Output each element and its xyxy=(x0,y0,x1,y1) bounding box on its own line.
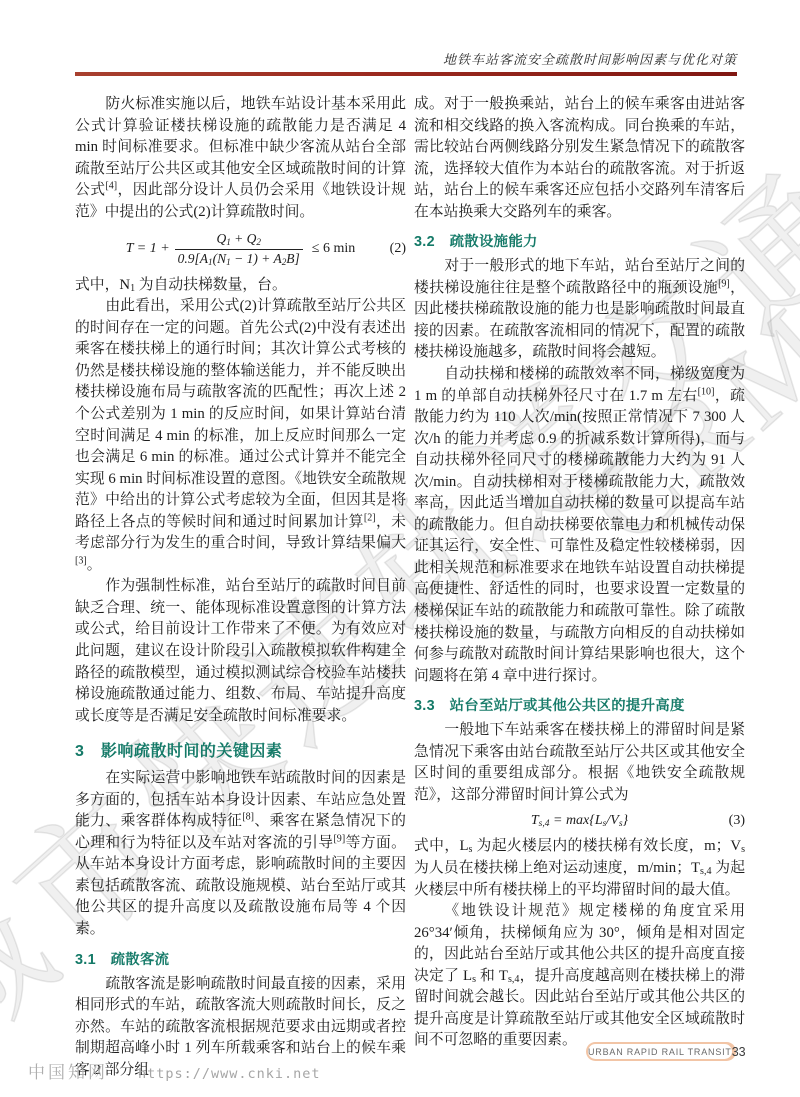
paragraph: 对于一般形式的地下车站，站台至站厅之间的楼扶梯设施往往是整个疏散路径中的瓶颈设施… xyxy=(414,256,745,364)
paragraph: 《地铁设计规范》规定楼梯的角度宜采用 26°34′倾角，扶梯倾角应为 30°，倾… xyxy=(414,901,745,1052)
section-3-1-heading: 3.1 疏散客流 xyxy=(75,948,406,969)
cnki-url-link[interactable]: https://www.cnki.net xyxy=(138,1066,321,1082)
section-3-3-heading: 3.3 站台至站厅或其他公共区的提升高度 xyxy=(414,694,745,715)
formula-2-legend: 式中，N1 为自动扶梯数量，台。 xyxy=(75,275,406,297)
paragraph: 自动扶梯和楼梯的疏散效率不同，梯级宽度为 1 m 的单部自动扶梯外径尺寸在 1.… xyxy=(414,364,745,687)
formula-3-number: (3) xyxy=(729,813,745,829)
footer-journal-badge: URBAN RAPID RAIL TRANSIT 33 xyxy=(586,1042,736,1061)
running-title: 地铁车站客流安全疏散时间影响因素与优化对策 xyxy=(443,49,737,68)
left-column: 防火标准实施以后，地铁车站设计基本采用此公式计算验证楼扶梯设施的疏散能力是否满足… xyxy=(75,94,406,1081)
header-rule xyxy=(75,72,737,76)
page-number: 33 xyxy=(732,1045,746,1059)
section-3-heading: 3 影响疏散时间的关键因素 xyxy=(75,738,406,761)
cnki-provider-mark: 中国知网 https://www.cnki.net xyxy=(28,1058,321,1083)
paragraph: 作为强制性标准，站台至站厅的疏散时间目前缺乏合理、统一、能体现标准设置意图的计算… xyxy=(75,576,406,727)
formula-2-rhs: ≤ 6 min xyxy=(312,241,355,257)
paragraph: 一般地下车站乘客在楼扶梯上的滞留时间是紧急情况下乘客由站台疏散至站厅公共区或其他… xyxy=(414,720,745,806)
formula-2-denominator: 0.9[A1(N1 − 1) + A2B] xyxy=(175,249,303,268)
formula-3-expression: Ts,4 = max{Ls/Vs} xyxy=(531,813,628,829)
paragraph: 成。对于一般换乘站，站台上的候车乘客由进站客流和相交线路的换入客流构成。同台换乘… xyxy=(414,94,745,223)
formula-2-expression: T = 1 + Q1 + Q2 0.9[A1(N1 − 1) + A2B] ≤ … xyxy=(126,230,356,267)
paragraph: 在实际运营中影响地铁车站疏散时间的因素是多方面的，包括车站本身设计因素、车站应急… xyxy=(75,768,406,940)
cnki-logo-text: 中国知网 xyxy=(28,1058,108,1083)
formula-2-number: (2) xyxy=(390,241,406,257)
footer-journal-name: URBAN RAPID RAIL TRANSIT xyxy=(588,1047,732,1057)
paper-page: 城市快速轨道交通 CRM 地铁车站客流安全疏散时间影响因素与优化对策 防火标准实… xyxy=(0,0,800,1097)
formula-3: Ts,4 = max{Ls/Vs} (3) xyxy=(414,813,745,829)
section-3-2-heading: 3.2 疏散设施能力 xyxy=(414,230,745,251)
formula-2-numerator: Q1 + Q2 xyxy=(175,230,303,248)
formula-2-lhs: T = 1 + xyxy=(126,241,170,257)
paragraph: 防火标准实施以后，地铁车站设计基本采用此公式计算验证楼扶梯设施的疏散能力是否满足… xyxy=(75,94,406,223)
footer-journal-name-pill: URBAN RAPID RAIL TRANSIT xyxy=(588,1044,732,1059)
right-column: 成。对于一般换乘站，站台上的候车乘客由进站客流和相交线路的换入客流构成。同台换乘… xyxy=(414,94,745,1052)
paragraph: 由此看出，采用公式(2)计算疏散至站厅公共区的时间存在一定的问题。首先公式(2)… xyxy=(75,296,406,576)
formula-2: T = 1 + Q1 + Q2 0.9[A1(N1 − 1) + A2B] ≤ … xyxy=(75,230,406,267)
formula-3-legend: 式中，Ls 为起火楼层内的楼扶梯有效长度，m；Vs 为人员在楼扶梯上绝对运动速度… xyxy=(414,836,745,901)
formula-2-fraction: Q1 + Q2 0.9[A1(N1 − 1) + A2B] xyxy=(175,230,303,267)
